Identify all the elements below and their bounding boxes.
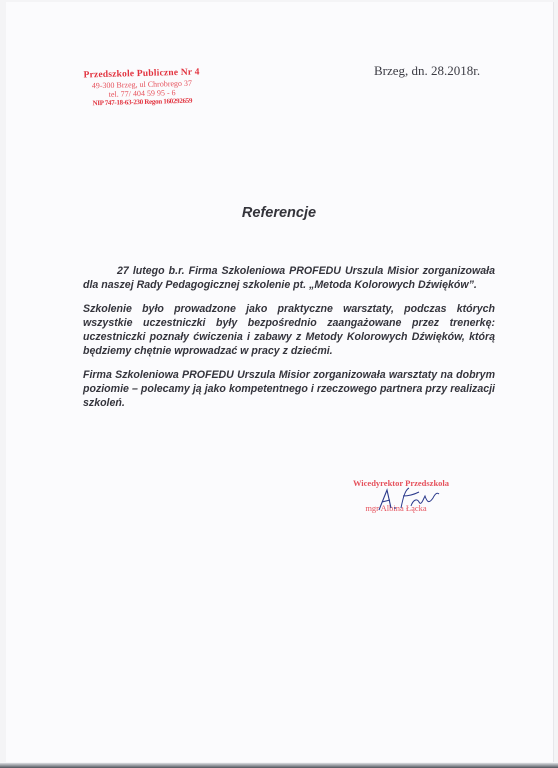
paragraph-3: Firma Szkoleniowa PROFEDU Urszula Misior… — [83, 368, 495, 411]
paragraph-2: Szkolenie było prowadzone jako praktyczn… — [83, 302, 495, 359]
scan-bottom-edge — [0, 763, 558, 768]
letter-body: 27 lutego b.r. Firma Szkoleniowa PROFEDU… — [83, 264, 495, 420]
institution-stamp: Przedszkole Publiczne Nr 4 49-300 Brzeg,… — [72, 68, 213, 109]
handwritten-signature-icon — [375, 484, 445, 514]
letter-date: Brzeg, dn. 28.2018r. — [374, 63, 480, 79]
paragraph-1: 27 lutego b.r. Firma Szkoleniowa PROFEDU… — [83, 264, 495, 293]
letter-title: Referencje — [0, 205, 558, 221]
